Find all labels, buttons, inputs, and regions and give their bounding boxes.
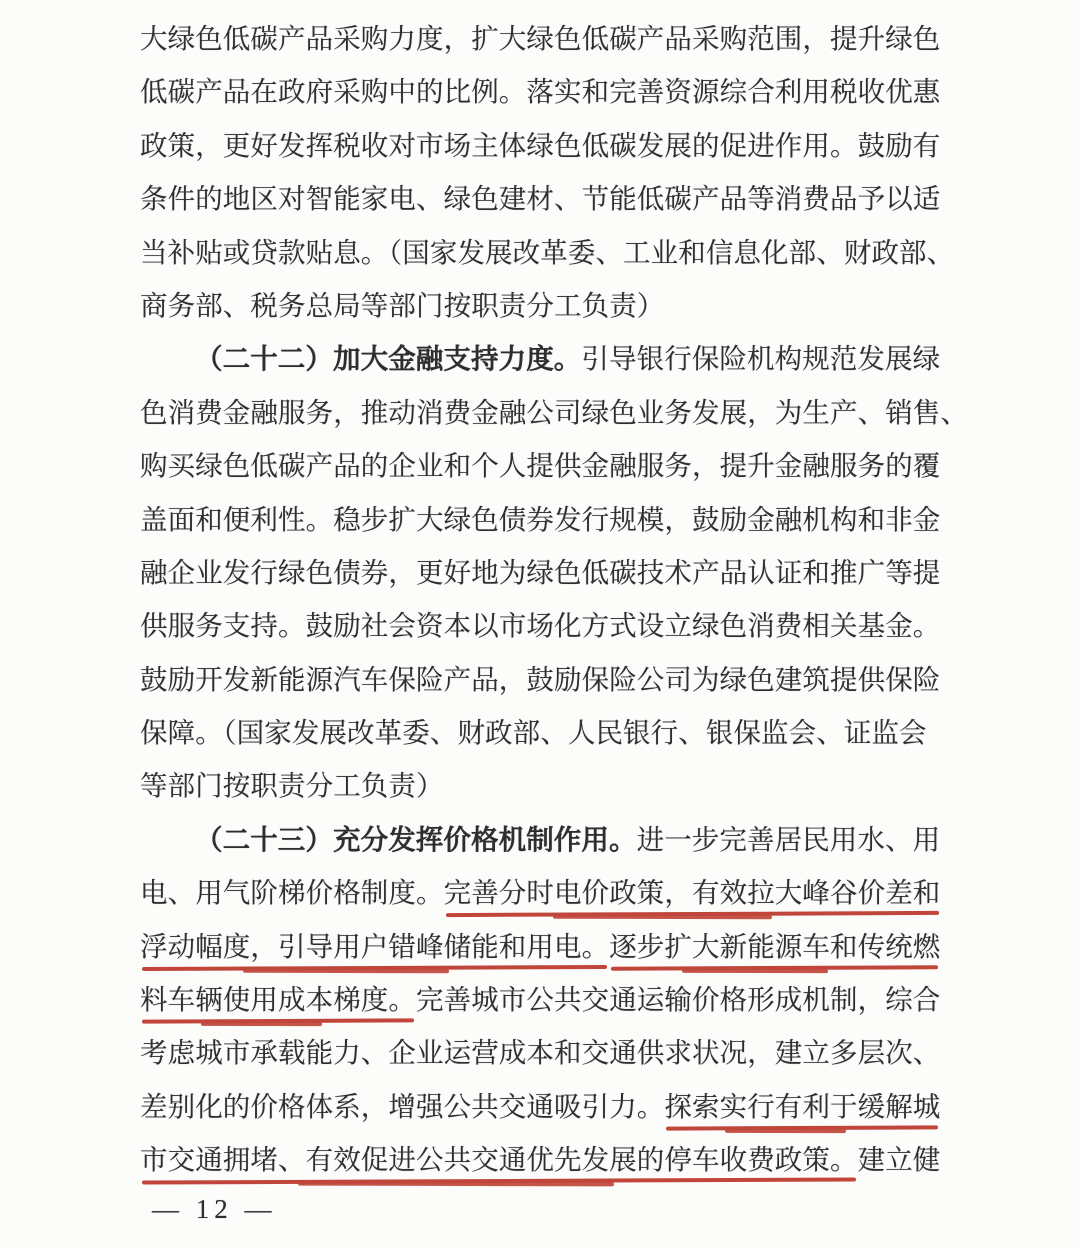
body-text: 保障。（国家发展改革委、财政部、人民银行、银保监会、证监会 xyxy=(140,717,927,748)
body-text: 完善城市公共交通运输价格形成机制，综合 xyxy=(416,984,940,1015)
body-text: 商务部、税务总局等部门按职责分工负责） xyxy=(140,290,664,321)
red-underlined-text: 浮动幅度，引导用户错峰储能和用电。 xyxy=(140,931,609,962)
scanned-document-page: 大绿色低碳产品采购力度，扩大绿色低碳产品采购范围，提升绿色低碳产品在政府采购中的… xyxy=(0,0,1080,1249)
text-line: 低碳产品在政府采购中的比例。落实和完善资源综合利用税收优惠 xyxy=(140,65,944,118)
text-line: 浮动幅度，引导用户错峰储能和用电。逐步扩大新能源车和传统燃 xyxy=(140,920,944,973)
text-line: 供服务支持。鼓励社会资本以市场化方式设立绿色消费相关基金。 xyxy=(140,599,944,652)
body-text: 融企业发行绿色债券，更好地为绿色低碳技术产品认证和推广等提 xyxy=(140,557,940,588)
body-text: 购买绿色低碳产品的企业和个人提供金融服务，提升金融服务的覆 xyxy=(140,450,940,481)
text-line: 料车辆使用成本梯度。完善城市公共交通运输价格形成机制，综合 xyxy=(140,973,944,1026)
text-line: （二十二）加大金融支持力度。引导银行保险机构规范发展绿 xyxy=(140,332,944,385)
body-text: 色消费金融服务，推动消费金融公司绿色业务发展，为生产、销售、 xyxy=(140,397,968,428)
body-text: 条件的地区对智能家电、绿色建材、节能低碳产品等消费品予以适 xyxy=(140,183,940,214)
text-line: 保障。（国家发展改革委、财政部、人民银行、银保监会、证监会 xyxy=(140,706,944,759)
body-text: 当补贴或贷款贴息。（国家发展改革委、工业和信息化部、财政部、 xyxy=(140,237,954,268)
text-line: 鼓励开发新能源汽车保险产品，鼓励保险公司为绿色建筑提供保险 xyxy=(140,653,944,706)
red-underlined-text: 市交通拥堵、有效促进公共交通优先发展的停车收费政策。 xyxy=(140,1144,858,1175)
body-text: 电、用气阶梯价格制度。 xyxy=(140,877,444,908)
text-line: （二十三）充分发挥价格机制作用。进一步完善居民用水、用 xyxy=(140,813,944,866)
text-line: 商务部、税务总局等部门按职责分工负责） xyxy=(140,279,944,332)
body-text: 差别化的价格体系，增强公共交通吸引力。 xyxy=(140,1091,664,1122)
body-text: 鼓励开发新能源汽车保险产品，鼓励保险公司为绿色建筑提供保险 xyxy=(140,664,940,695)
text-line: 购买绿色低碳产品的企业和个人提供金融服务，提升金融服务的覆 xyxy=(140,439,944,492)
body-text: 进一步完善居民用水、用 xyxy=(637,824,941,855)
body-text: 引导银行保险机构规范发展绿 xyxy=(581,343,940,374)
text-line: 融企业发行绿色债券，更好地为绿色低碳技术产品认证和推广等提 xyxy=(140,546,944,599)
text-line: 差别化的价格体系，增强公共交通吸引力。探索实行有利于缓解城 xyxy=(140,1080,944,1133)
red-underlined-text: 逐步扩大新能源车和传统燃 xyxy=(609,931,940,962)
body-text: 低碳产品在政府采购中的比例。落实和完善资源综合利用税收优惠 xyxy=(140,76,940,107)
body-text: 大绿色低碳产品采购力度，扩大绿色低碳产品采购范围，提升绿色 xyxy=(140,23,940,54)
body-text: 考虑城市承载能力、企业运营成本和交通供求状况，建立多层次、 xyxy=(140,1037,940,1068)
text-line: 电、用气阶梯价格制度。完善分时电价政策，有效拉大峰谷价差和 xyxy=(140,866,944,919)
section-heading-text: （二十三）充分发挥价格机制作用。 xyxy=(195,824,637,855)
section-heading-text: （二十二）加大金融支持力度。 xyxy=(195,343,581,374)
text-line: 政策，更好发挥税收对市场主体绿色低碳发展的促进作用。鼓励有 xyxy=(140,119,944,172)
body-text: 供服务支持。鼓励社会资本以市场化方式设立绿色消费相关基金。 xyxy=(140,610,940,641)
body-text: 政策，更好发挥税收对市场主体绿色低碳发展的促进作用。鼓励有 xyxy=(140,130,940,161)
body-text: 盖面和便利性。稳步扩大绿色债券发行规模，鼓励金融机构和非金 xyxy=(140,504,940,535)
red-underlined-text: 探索实行有利于缓解城 xyxy=(664,1091,940,1122)
text-line: 大绿色低碳产品采购力度，扩大绿色低碳产品采购范围，提升绿色 xyxy=(140,12,944,65)
body-text: 建立健 xyxy=(858,1144,941,1175)
text-line: 色消费金融服务，推动消费金融公司绿色业务发展，为生产、销售、 xyxy=(140,386,944,439)
text-line: 当补贴或贷款贴息。（国家发展改革委、工业和信息化部、财政部、 xyxy=(140,226,944,279)
document-body: 大绿色低碳产品采购力度，扩大绿色低碳产品采购范围，提升绿色低碳产品在政府采购中的… xyxy=(140,12,944,1187)
text-line: 条件的地区对智能家电、绿色建材、节能低碳产品等消费品予以适 xyxy=(140,172,944,225)
page-number: — 12 — xyxy=(152,1194,277,1225)
text-line: 市交通拥堵、有效促进公共交通优先发展的停车收费政策。建立健 xyxy=(140,1133,944,1186)
red-underlined-text: 料车辆使用成本梯度。 xyxy=(140,984,416,1015)
text-line: 考虑城市承载能力、企业运营成本和交通供求状况，建立多层次、 xyxy=(140,1026,944,1079)
red-underlined-text: 完善分时电价政策，有效拉大峰谷价差和 xyxy=(444,877,941,908)
text-line: 等部门按职责分工负责） xyxy=(140,759,944,812)
body-text: 等部门按职责分工负责） xyxy=(140,770,444,801)
text-line: 盖面和便利性。稳步扩大绿色债券发行规模，鼓励金融机构和非金 xyxy=(140,493,944,546)
